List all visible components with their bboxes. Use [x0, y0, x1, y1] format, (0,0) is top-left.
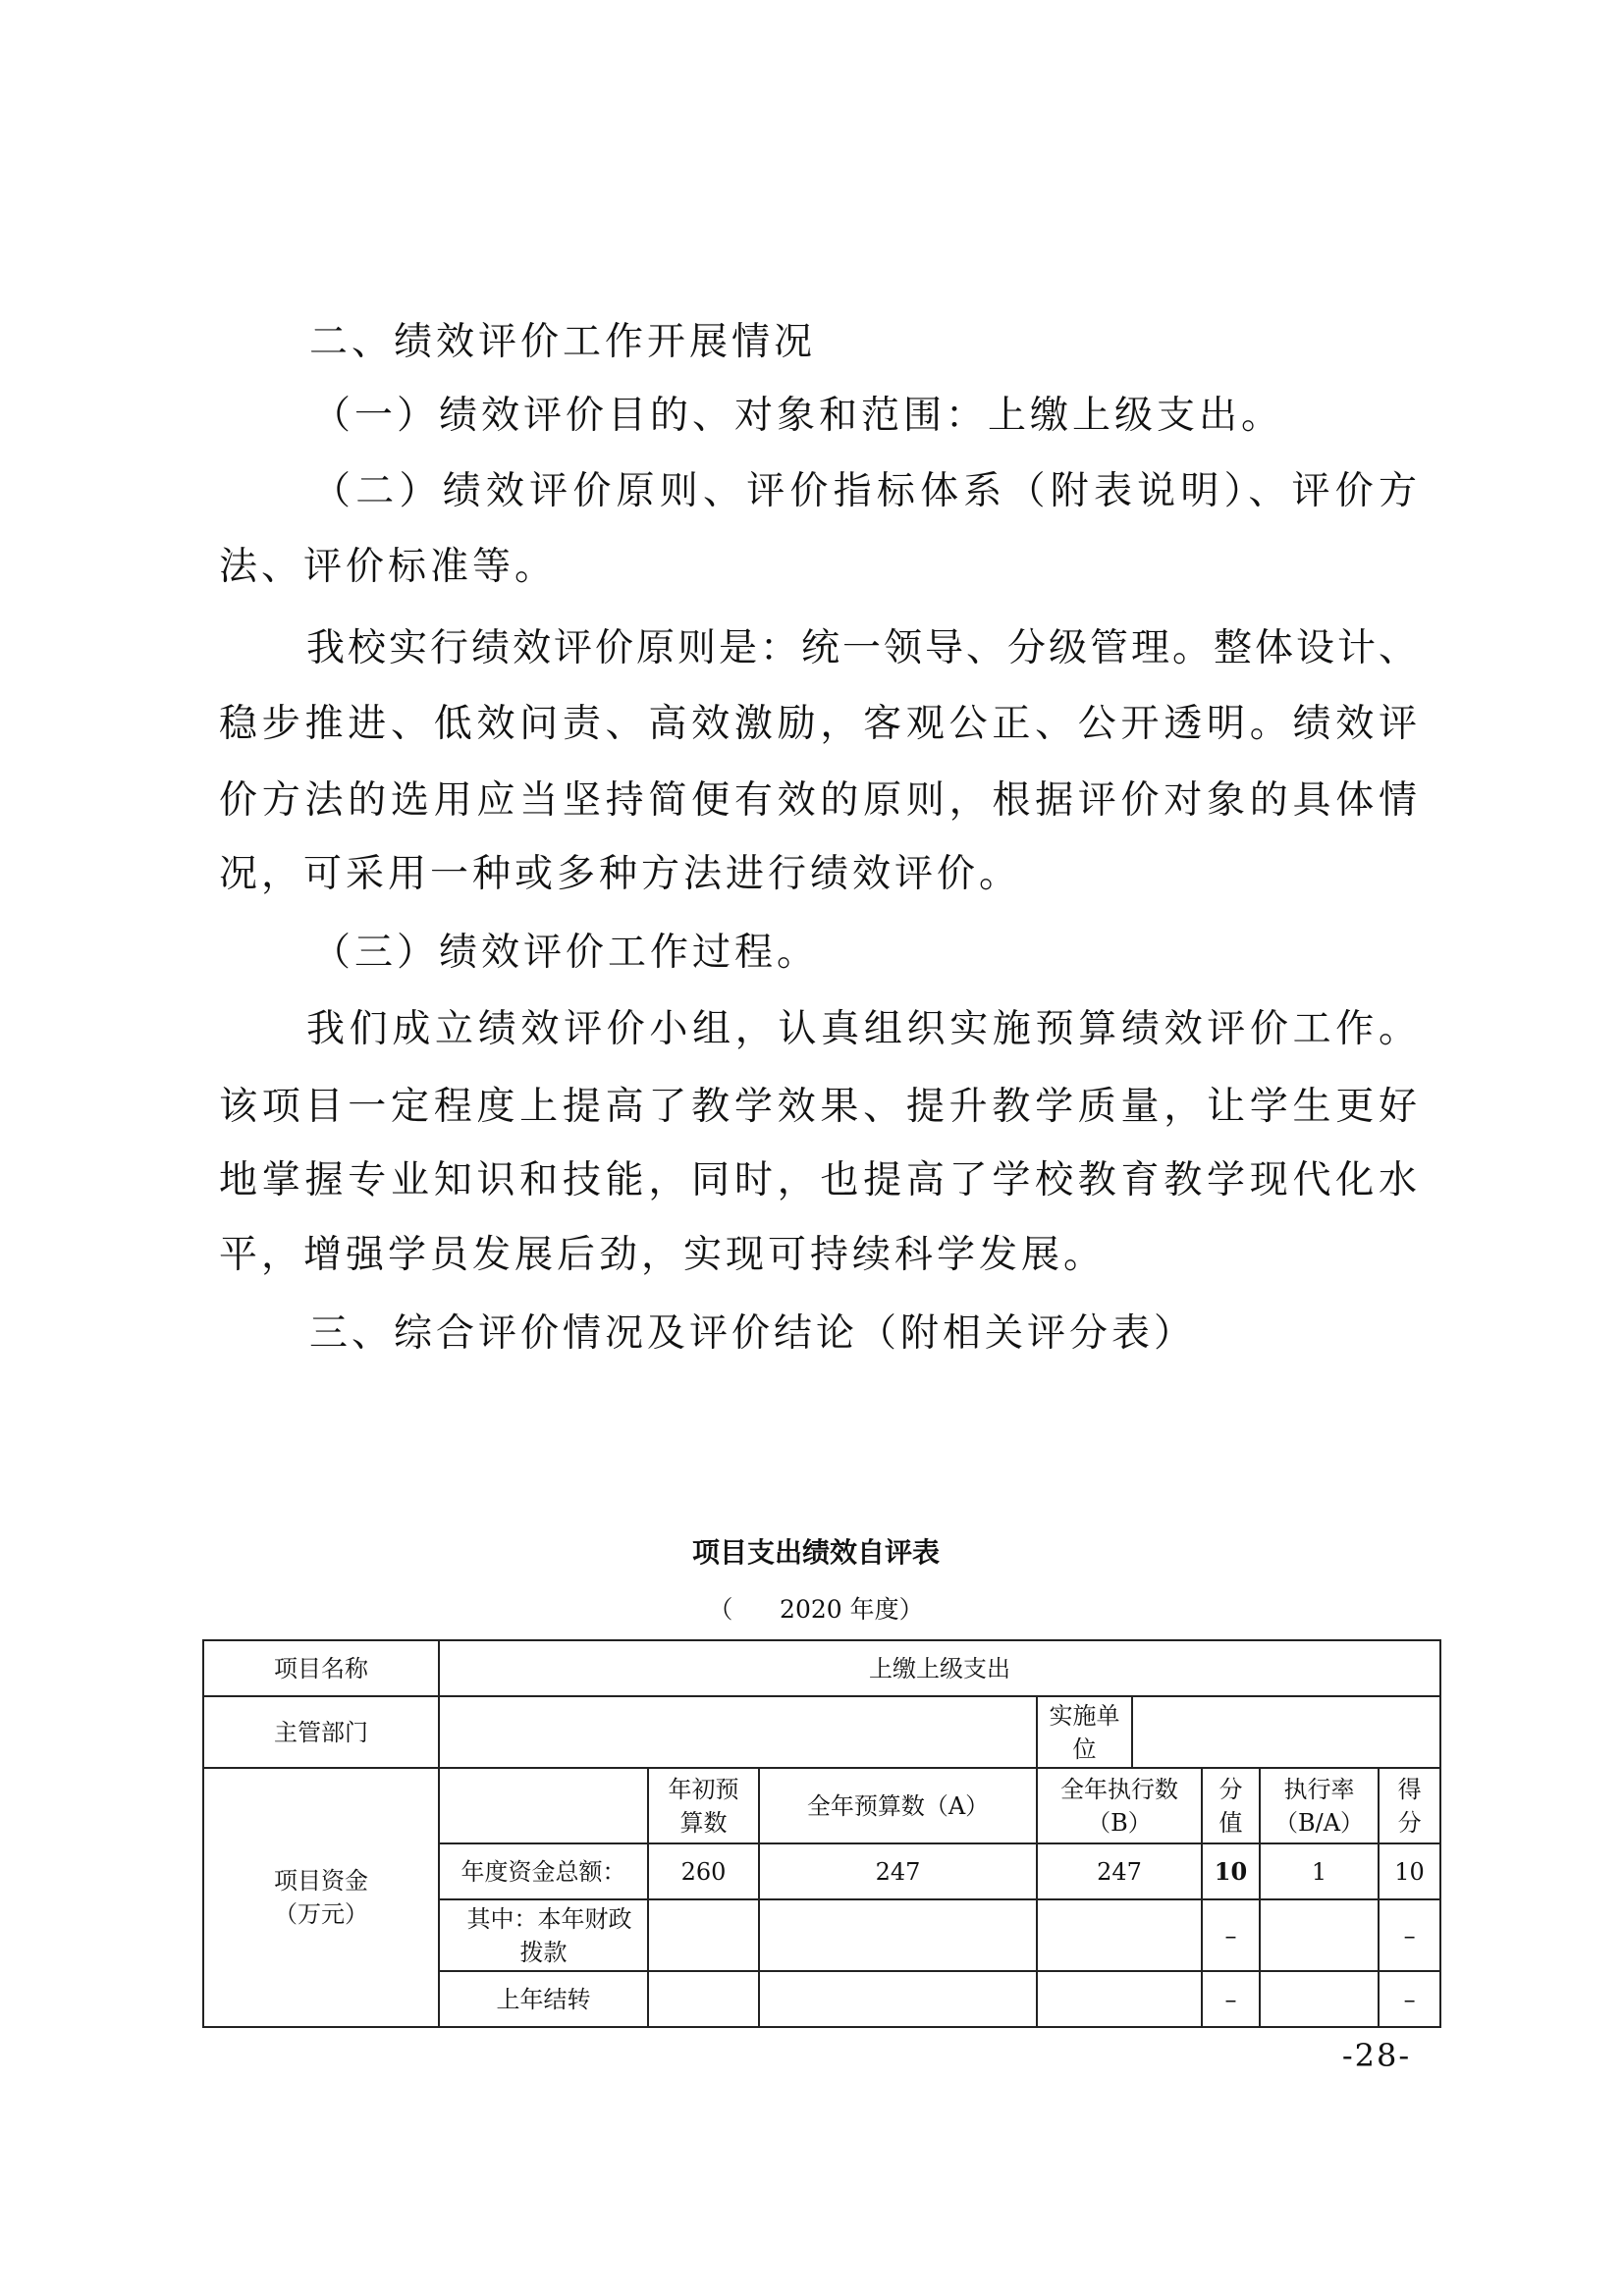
process-paragraph-line-2: 该项目一定程度上提高了教学效果、提升教学质量，让学生更好	[219, 1069, 1417, 1145]
funds-label: 项目资金（万元）	[203, 1768, 439, 2027]
dept-value	[439, 1696, 1037, 1768]
unit-value	[1132, 1696, 1440, 1768]
principle-paragraph-line-1: 我校实行绩效评价原则是：统一领导、分级管理。整体设计、	[306, 611, 1417, 686]
cell-annual-budget: 247	[759, 1843, 1037, 1899]
cell-weight: –	[1202, 1899, 1260, 1971]
header-initial-budget: 年初预算数	[648, 1768, 759, 1843]
header-score: 得分	[1379, 1768, 1440, 1843]
table-year: （ 2020 年度）	[202, 1590, 1430, 1629]
header-exec-rate: 执行率（B/A）	[1260, 1768, 1379, 1843]
cell-annual-exec: 247	[1037, 1843, 1202, 1899]
row-project-name: 项目名称 上缴上级支出	[203, 1640, 1440, 1696]
principle-paragraph-line-3: 价方法的选用应当坚持简便有效的原则，根据评价对象的具体情	[219, 763, 1417, 838]
row-label: 上年结转	[439, 1971, 648, 2027]
principle-paragraph-line-2: 稳步推进、低效问责、高效激励，客观公正、公开透明。绩效评	[219, 686, 1417, 762]
cell-annual-exec	[1037, 1899, 1202, 1971]
cell-initial-budget	[648, 1971, 759, 2027]
table-title: 项目支出绩效自评表	[202, 1531, 1430, 1575]
cell-initial-budget: 260	[648, 1843, 759, 1899]
process-paragraph-line-3: 地掌握专业知识和技能，同时，也提高了学校教育教学现代化水	[219, 1143, 1417, 1218]
section-heading-2: 二、绩效评价工作开展情况	[309, 304, 816, 380]
unit-label: 实施单位	[1037, 1696, 1132, 1768]
cell-exec-rate	[1260, 1971, 1379, 2027]
subsection-2-line-2: 法、评价标准等。	[219, 529, 557, 605]
row-funds-header: 项目资金（万元） 年初预算数 全年预算数（A） 全年执行数（B） 分值 执行率（…	[203, 1768, 1440, 1843]
page-number: -28-	[1335, 2036, 1418, 2075]
cell-exec-rate	[1260, 1899, 1379, 1971]
cell-score: –	[1379, 1971, 1440, 2027]
dept-label: 主管部门	[203, 1696, 439, 1768]
project-name-value: 上缴上级支出	[439, 1640, 1440, 1696]
subsection-1: （一）绩效评价目的、对象和范围：上缴上级支出。	[312, 378, 1283, 454]
cell-weight: –	[1202, 1971, 1260, 2027]
row-department: 主管部门 实施单位	[203, 1696, 1440, 1768]
performance-evaluation-table: 项目名称 上缴上级支出 主管部门 实施单位 项目资金（万元） 年初预算数 全年预…	[202, 1639, 1441, 2028]
header-annual-budget: 全年预算数（A）	[759, 1768, 1037, 1843]
row-label: 年度资金总额：	[439, 1843, 648, 1899]
process-paragraph-line-1: 我们成立绩效评价小组，认真组织实施预算绩效评价工作。	[306, 991, 1417, 1067]
section-heading-3: 三、综合评价情况及评价结论（附相关评分表）	[309, 1296, 1196, 1371]
process-paragraph-line-4: 平，增强学员发展后劲，实现可持续科学发展。	[219, 1217, 1106, 1293]
cell-annual-exec	[1037, 1971, 1202, 2027]
cell-weight: 10	[1202, 1843, 1260, 1899]
header-blank	[439, 1768, 648, 1843]
cell-score: –	[1379, 1899, 1440, 1971]
cell-annual-budget	[759, 1899, 1037, 1971]
subsection-3: （三）绩效评价工作过程。	[312, 915, 819, 990]
cell-initial-budget	[648, 1899, 759, 1971]
header-annual-exec: 全年执行数（B）	[1037, 1768, 1202, 1843]
cell-score: 10	[1379, 1843, 1440, 1899]
project-name-label: 项目名称	[203, 1640, 439, 1696]
cell-exec-rate: 1	[1260, 1843, 1379, 1899]
principle-paragraph-line-4: 况，可采用一种或多种方法进行绩效评价。	[219, 836, 1021, 912]
row-label: 其中：本年财政拨款	[439, 1899, 648, 1971]
header-weight: 分值	[1202, 1768, 1260, 1843]
cell-annual-budget	[759, 1971, 1037, 2027]
subsection-2-line-1: （二）绩效评价原则、评价指标体系（附表说明）、评价方	[312, 454, 1417, 529]
document-page: 二、绩效评价工作开展情况 （一）绩效评价目的、对象和范围：上缴上级支出。 （二）…	[0, 0, 1624, 2296]
